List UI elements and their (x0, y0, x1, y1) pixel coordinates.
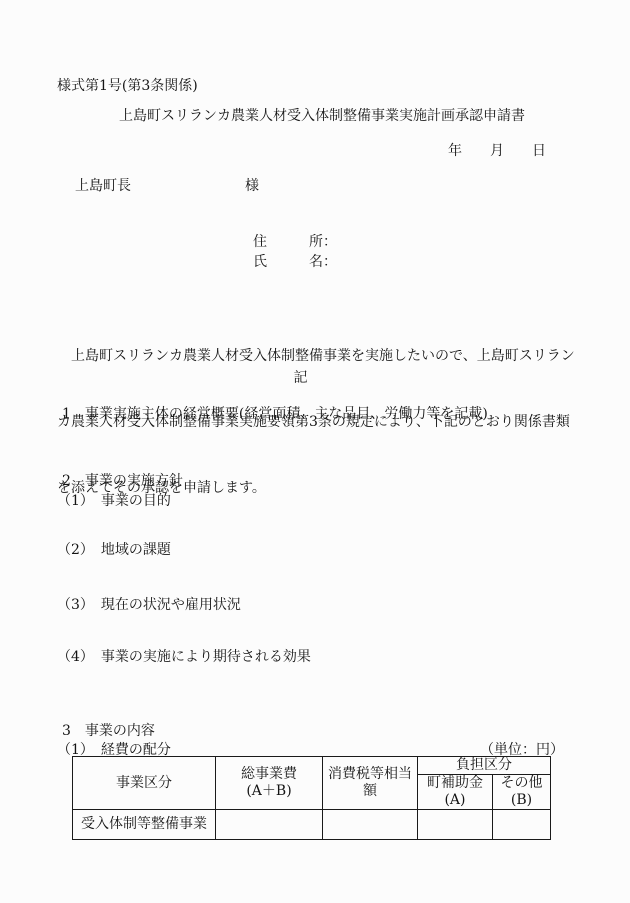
section-heading-1: 1 事業実施主体の経営概要(経営面積、主な品目、労働力等を記載) (62, 406, 488, 423)
table-header-category: 事業区分 (73, 757, 216, 810)
table-header-other: その他 (B) (493, 775, 551, 810)
body-line: 上島町スリランカ農業人材受入体制整備事業を実施したいので、上島町スリラン (57, 345, 575, 367)
addressee-name: 上島町長 (75, 178, 131, 195)
addressee-honorific: 様 (245, 178, 259, 195)
cell-subsidy-amount (418, 810, 493, 840)
table-header-tax-line2: 額 (323, 783, 417, 800)
table-header-total: 総事業費 (A＋B) (216, 757, 323, 810)
section-heading-2-4: （4） 事業の実施により期待される効果 (57, 649, 311, 666)
document-title: 上島町スリランカ農業人材受入体制整備事業実施計画承認申請書 (72, 108, 572, 125)
table-header-tax: 消費税等相当 額 (323, 757, 418, 810)
table-header-tax-line1: 消費税等相当 (323, 766, 417, 783)
cell-tax-amount (323, 810, 418, 840)
document-page: 様式第1号(第3条関係) 上島町スリランカ農業人材受入体制整備事業実施計画承認申… (0, 0, 630, 903)
table-header-total-line1: 総事業費 (216, 766, 322, 783)
table-header-burden: 負担区分 (418, 757, 551, 775)
ki-marker: 記 (57, 370, 544, 387)
table-header-other-line1: その他 (493, 775, 550, 792)
table-row: 受入体制等整備事業 (73, 810, 551, 840)
section-heading-3: 3 事業の内容 (62, 723, 155, 740)
form-number: 様式第1号(第3条関係) (57, 78, 198, 95)
section-heading-2-3: （3） 現在の状況や雇用状況 (57, 597, 241, 614)
name-label: 氏 名： (253, 254, 337, 271)
address-label: 住 所： (253, 234, 337, 251)
cost-table: 事業区分 総事業費 (A＋B) 消費税等相当 額 負担区分 町補助金 (A) (72, 756, 551, 840)
date-line: 年 月 日 (448, 143, 546, 160)
cell-other-amount (493, 810, 551, 840)
table-header-subsidy-line2: (A) (418, 792, 492, 809)
section-heading-2-2: （2） 地域の課題 (57, 542, 171, 559)
table-header-subsidy: 町補助金 (A) (418, 775, 493, 810)
cell-category: 受入体制等整備事業 (73, 810, 216, 840)
table-header-subsidy-line1: 町補助金 (418, 775, 492, 792)
section-heading-2-1: （1） 事業の目的 (57, 493, 171, 510)
table-header-total-line2: (A＋B) (216, 783, 322, 800)
cell-total-amount (216, 810, 323, 840)
table-header-other-line2: (B) (493, 792, 550, 809)
cost-table-wrap: 事業区分 総事業費 (A＋B) 消費税等相当 額 負担区分 町補助金 (A) (72, 756, 551, 840)
section-heading-2: 2 事業の実施方針 (62, 473, 183, 490)
